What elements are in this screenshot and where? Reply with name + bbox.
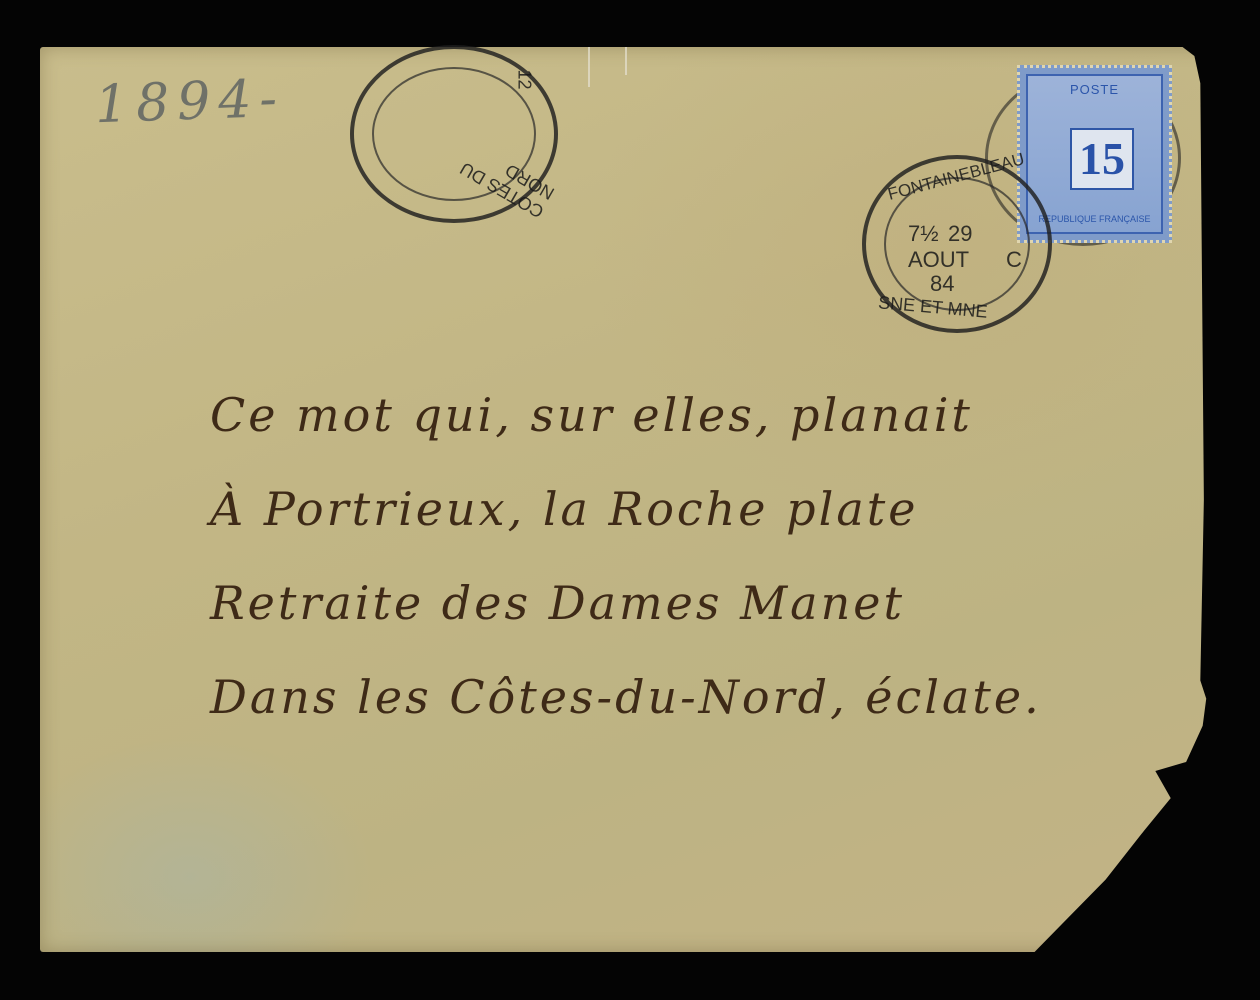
address-line-1: Ce mot qui, sur elles, planait (210, 368, 1210, 462)
address-line-4: Dans les Côtes-du-Nord, éclate. (210, 650, 1210, 744)
arrival-postmark-number: 12 (514, 69, 535, 89)
postmark-day: 29 (948, 221, 972, 247)
postmark-hour: 7½ (908, 221, 939, 247)
paper-crease (588, 47, 590, 87)
postmark-year: 84 (930, 271, 954, 297)
postmark-month: AOUT (908, 247, 969, 273)
departure-postmark: FONTAINEBLEAU 7½ 29 AOUT C 84 SNE ET MNE (862, 155, 1052, 333)
arrival-postmark: COTES DU NORD 12 (350, 45, 558, 223)
postmark-series: C (1006, 247, 1022, 273)
address-line-2: À Portrieux, la Roche plate (210, 462, 1210, 556)
stamp-value: 15 (1070, 128, 1134, 190)
address-line-3: Retraite des Dames Manet (210, 556, 1210, 650)
handwritten-address: Ce mot qui, sur elles, planait À Portrie… (210, 368, 1210, 744)
stamp-top-text: POSTE (1028, 82, 1161, 97)
pencil-date-note: 1894- (94, 69, 286, 136)
paper-crease (625, 47, 627, 75)
stamp-frame: POSTE 15 REPUBLIQUE FRANÇAISE (1026, 74, 1163, 234)
